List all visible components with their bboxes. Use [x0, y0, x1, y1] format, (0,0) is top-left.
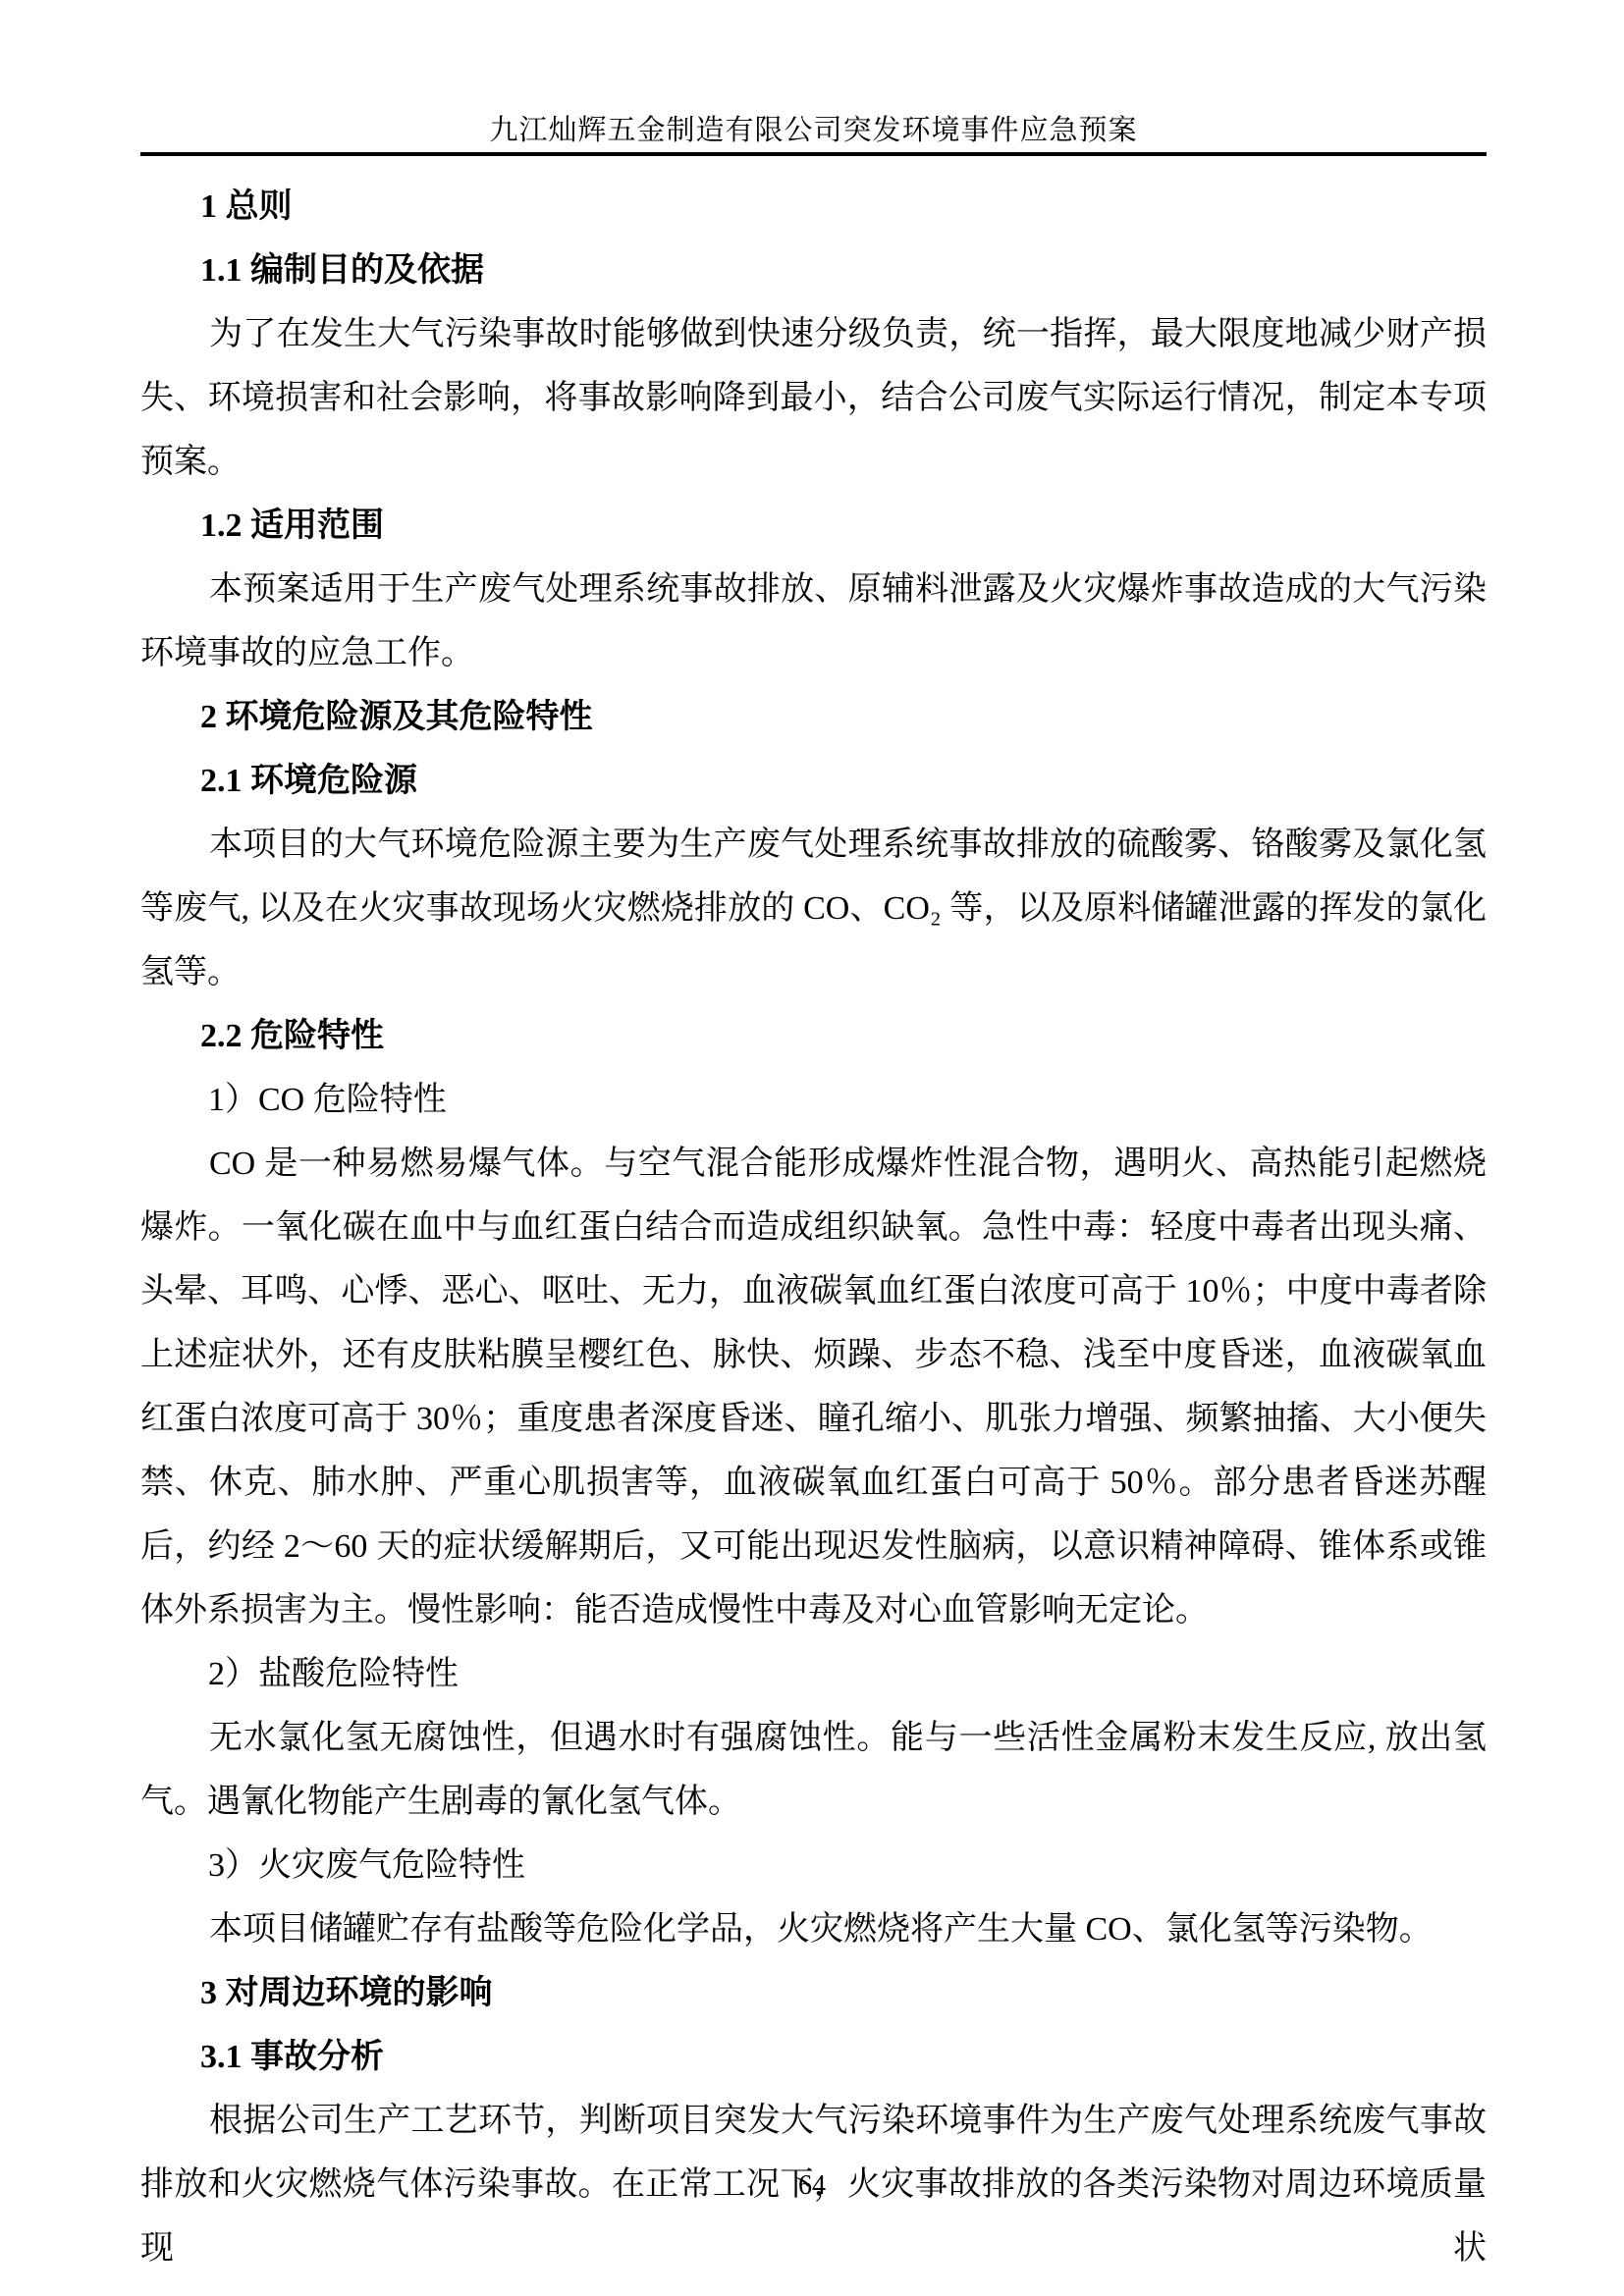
paragraph-fire-gas: 本项目储罐贮存有盐酸等危险化学品，火灾燃烧将产生大量 CO、氯化氢等污染物。: [140, 1897, 1487, 1961]
subsection-heading-1-2: 1.2 适用范围: [140, 494, 1487, 558]
section-heading-1: 1 总则: [140, 175, 1487, 239]
subsection-heading-1-1: 1.1 编制目的及依据: [140, 239, 1487, 302]
subsection-heading-2-2: 2.2 危险特性: [140, 1004, 1487, 1068]
section-heading-3: 3 对周边环境的影响: [140, 1961, 1487, 2025]
header-title: 九江灿辉五金制造有限公司突发环境事件应急预案: [489, 116, 1137, 145]
subsection-heading-3-1: 3.1 事故分析: [140, 2025, 1487, 2089]
paragraph-hcl-hazard: 无水氯化氢无腐蚀性，但遇水时有强腐蚀性。能与一些活性金属粉末发生反应, 放出氢气…: [140, 1706, 1487, 1834]
subsection-heading-2-1: 2.1 环境危险源: [140, 749, 1487, 813]
paragraph-hazard-source: 本项目的大气环境危险源主要为生产废气处理系统事故排放的硫酸雾、铬酸雾及氯化氢等废…: [140, 813, 1487, 1004]
page-number: 64: [798, 2170, 826, 2201]
paragraph-co-hazard: CO 是一种易燃易爆气体。与空气混合能形成爆炸性混合物，遇明火、高热能引起燃烧爆…: [140, 1132, 1487, 1642]
paragraph-purpose: 为了在发生大气污染事故时能够做到快速分级负责，统一指挥，最大限度地减少财产损失、…: [140, 302, 1487, 494]
document-body: 1 总则 1.1 编制目的及依据 为了在发生大气污染事故时能够做到快速分级负责，…: [140, 175, 1487, 2280]
header-rule: [140, 152, 1487, 156]
section-heading-2: 2 环境危险源及其危险特性: [140, 685, 1487, 749]
paragraph-scope: 本预案适用于生产废气处理系统事故排放、原辅料泄露及火灾爆炸事故造成的大气污染环境…: [140, 558, 1487, 685]
item-heading-co: 1）CO 危险特性: [140, 1068, 1487, 1132]
page-header: 九江灿辉五金制造有限公司突发环境事件应急预案: [140, 0, 1487, 152]
item-heading-hcl: 2）盐酸危险特性: [140, 1642, 1487, 1706]
item-heading-fire-gas: 3）火灾废气危险特性: [140, 1834, 1487, 1897]
page-footer: 64: [0, 2167, 1624, 2205]
document-page: 九江灿辉五金制造有限公司突发环境事件应急预案 1 总则 1.1 编制目的及依据 …: [0, 0, 1624, 2296]
